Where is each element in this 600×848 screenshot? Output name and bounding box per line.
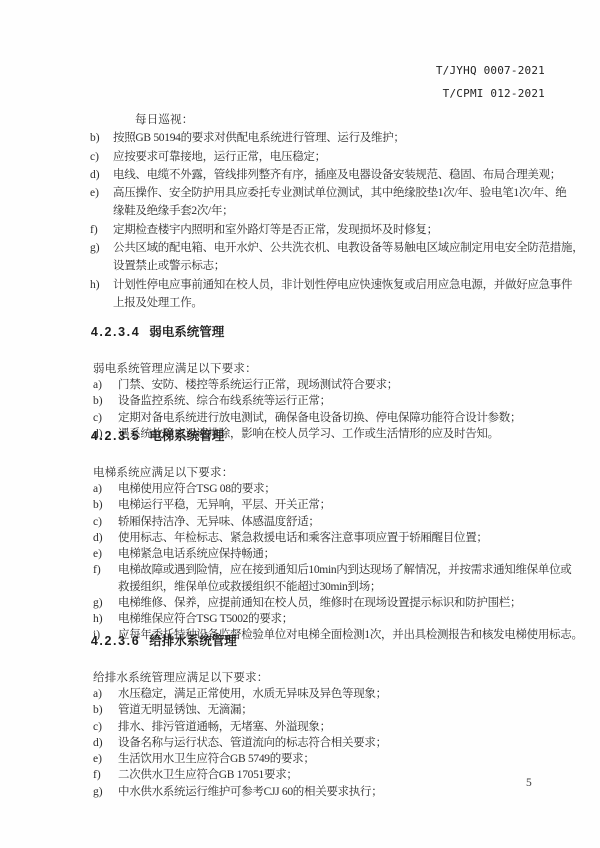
list-item: b) 管道无明显锈蚀、无滴漏； (70, 702, 555, 718)
list-item: d) 电线、电缆不外露，管线排列整齐有序，插座及电器设备安装规范、稳固、布局合理… (70, 166, 555, 184)
list-item: b) 按照GB 50194的要求对供配电系统进行管理、运行及维护； (70, 129, 555, 147)
item-text: 管道无明显锈蚀、无滴漏； (118, 702, 555, 718)
section-number: 4.2.3.6 (91, 634, 140, 648)
list-lead-in: 每日巡视： (135, 111, 555, 129)
list-item: b) 电梯运行平稳，无异响，平层、开关正常； (70, 497, 555, 513)
list-item: a) 电梯使用应符合TSG 08的要求； (70, 481, 555, 497)
item-text: 电梯故障或遇到险情，应在接到通知后10min内到达现场了解情况，并按需求通知维保… (118, 562, 572, 595)
item-marker: e) (93, 751, 118, 767)
item-text: 电梯维修、保养，应提前通知在校人员，维修时在现场设置提示标识和防护围栏； (118, 595, 555, 611)
item-text: 电线、电缆不外露，管线排列整齐有序，插座及电器设备安装规范、稳固、布局合理美观； (113, 166, 561, 184)
item-marker: g) (93, 595, 118, 611)
item-marker: c) (93, 719, 118, 735)
item-text: 门禁、安防、楼控等系统运行正常，现场测试符合要求； (118, 377, 555, 393)
item-text: 电梯紧急电话系统应保持畅通； (118, 546, 555, 562)
item-text: 设备名称与运行状态、管道流向的标志符合相关要求； (118, 735, 555, 751)
list-item: d) 设备名称与运行状态、管道流向的标志符合相关要求； (70, 735, 555, 751)
item-text: 按照GB 50194的要求对供配电系统进行管理、运行及维护； (113, 129, 555, 147)
item-marker: d) (93, 735, 118, 751)
page-number: 5 (526, 777, 532, 789)
item-marker: e) (93, 546, 118, 562)
item-text: 水压稳定，满足正常使用，水质无异味及异色等现象； (118, 686, 555, 702)
list-item: f) 定期检查楼宇内照明和室外路灯等是否正常，发现损坏及时修复； (70, 221, 555, 239)
list-item: e) 电梯紧急电话系统应保持畅通； (70, 546, 555, 562)
item-marker: a) (93, 686, 118, 702)
standard-number-primary: T/JYHQ 0007-2021 (436, 64, 545, 77)
item-marker: b) (93, 497, 118, 513)
item-marker: g) (90, 239, 113, 257)
standard-number-secondary: T/CPMI 012-2021 (436, 87, 545, 100)
document-header: T/JYHQ 0007-2021 T/CPMI 012-2021 (436, 64, 545, 100)
item-marker: d) (90, 166, 113, 184)
item-marker: c) (90, 148, 113, 166)
item-text: 公共区域的配电箱、电开水炉、公共洗衣机、电教设备等易触电区域应制定用电安全防范措… (113, 239, 583, 276)
section-title: 弱电系统管理 (149, 325, 224, 339)
item-text: 轿厢保持洁净、无异味、体感温度舒适； (118, 514, 555, 530)
daily-inspection-list: 每日巡视： b) 按照GB 50194的要求对供配电系统进行管理、运行及维护； … (70, 111, 555, 312)
item-marker: a) (93, 377, 118, 393)
section-heading: 4.2.3.5电梯系统管理 (70, 412, 555, 461)
lettered-list: b) 按照GB 50194的要求对供配电系统进行管理、运行及维护； c) 应按要… (70, 129, 555, 312)
item-text: 应按要求可靠接地，运行正常，电压稳定； (113, 148, 555, 166)
section-number: 4.2.3.4 (91, 325, 140, 339)
item-text: 高压操作、安全防护用具应委托专业测试单位测试，其中绝缘胶垫1次/年、验电笔1次/… (113, 184, 567, 221)
item-text: 中水供水系统运行维护可参考CJJ 60的相关要求执行； (118, 784, 555, 800)
section-water-supply-drainage-system: 4.2.3.6给排水系统管理 给排水系统管理应满足以下要求： a) 水压稳定，满… (70, 617, 555, 800)
section-intro: 弱电系统管理应满足以下要求： (93, 361, 555, 377)
item-text: 设备监控系统、综合布线系统等运行正常； (118, 393, 555, 409)
section-number: 4.2.3.5 (91, 429, 140, 443)
list-item: d) 使用标志、年检标志、紧急救援电话和乘客注意事项应置于轿厢醒目位置； (70, 530, 555, 546)
item-marker: f) (90, 221, 113, 239)
item-marker: b) (93, 393, 118, 409)
item-marker: f) (93, 562, 118, 578)
item-marker: a) (93, 481, 118, 497)
section-intro: 电梯系统应满足以下要求： (93, 465, 555, 481)
item-marker: b) (90, 129, 113, 147)
list-item: f) 二次供水卫生应符合GB 17051要求； (70, 767, 555, 783)
list-item: b) 设备监控系统、综合布线系统等运行正常； (70, 393, 555, 409)
list-item: c) 轿厢保持洁净、无异味、体感温度舒适； (70, 514, 555, 530)
item-marker: c) (93, 514, 118, 530)
item-text: 排水、排污管道通畅，无堵塞、外溢现象； (118, 719, 555, 735)
item-marker: d) (93, 530, 118, 546)
list-item: g) 中水供水系统运行维护可参考CJJ 60的相关要求执行； (70, 784, 555, 800)
lettered-list: a) 水压稳定，满足正常使用，水质无异味及异色等现象； b) 管道无明显锈蚀、无… (70, 686, 555, 800)
section-heading: 4.2.3.6给排水系统管理 (70, 617, 555, 666)
item-marker: h) (90, 276, 113, 294)
item-marker: b) (93, 702, 118, 718)
list-item: c) 应按要求可靠接地，运行正常，电压稳定； (70, 148, 555, 166)
item-text: 使用标志、年检标志、紧急救援电话和乘客注意事项应置于轿厢醒目位置； (118, 530, 555, 546)
list-item: h) 计划性停电应事前通知在校人员，非计划性停电应快速恢复或启用应急电源，并做好… (70, 276, 555, 313)
item-text: 计划性停电应事前通知在校人员，非计划性停电应快速恢复或启用应急电源，并做好应急事… (113, 276, 572, 313)
item-marker: e) (90, 184, 113, 202)
list-item: e) 生活饮用水卫生应符合GB 5749的要求； (70, 751, 555, 767)
item-text: 定期检查楼宇内照明和室外路灯等是否正常，发现损坏及时修复； (113, 221, 555, 239)
list-item: g) 电梯维修、保养，应提前通知在校人员，维修时在现场设置提示标识和防护围栏； (70, 595, 555, 611)
list-item: g) 公共区域的配电箱、电开水炉、公共洗衣机、电教设备等易触电区域应制定用电安全… (70, 239, 555, 276)
list-item: f) 电梯故障或遇到险情，应在接到通知后10min内到达现场了解情况，并按需求通… (70, 562, 555, 595)
list-item: c) 排水、排污管道通畅，无堵塞、外溢现象； (70, 719, 555, 735)
list-item: a) 水压稳定，满足正常使用，水质无异味及异色等现象； (70, 686, 555, 702)
item-marker: g) (93, 784, 118, 800)
list-item: e) 高压操作、安全防护用具应委托专业测试单位测试，其中绝缘胶垫1次/年、验电笔… (70, 184, 555, 221)
list-item: a) 门禁、安防、楼控等系统运行正常，现场测试符合要求； (70, 377, 555, 393)
item-text: 二次供水卫生应符合GB 17051要求； (118, 767, 555, 783)
section-heading: 4.2.3.4弱电系统管理 (70, 308, 555, 357)
document-page: T/JYHQ 0007-2021 T/CPMI 012-2021 每日巡视： b… (0, 0, 600, 848)
section-title: 给排水系统管理 (149, 634, 237, 648)
item-marker: f) (93, 767, 118, 783)
section-title: 电梯系统管理 (149, 429, 224, 443)
item-text: 电梯使用应符合TSG 08的要求； (118, 481, 555, 497)
section-intro: 给排水系统管理应满足以下要求： (93, 670, 555, 686)
item-text: 生活饮用水卫生应符合GB 5749的要求； (118, 751, 555, 767)
item-text: 电梯运行平稳，无异响，平层、开关正常； (118, 497, 555, 513)
section-elevator-system: 4.2.3.5电梯系统管理 电梯系统应满足以下要求： a) 电梯使用应符合TSG… (70, 412, 555, 644)
